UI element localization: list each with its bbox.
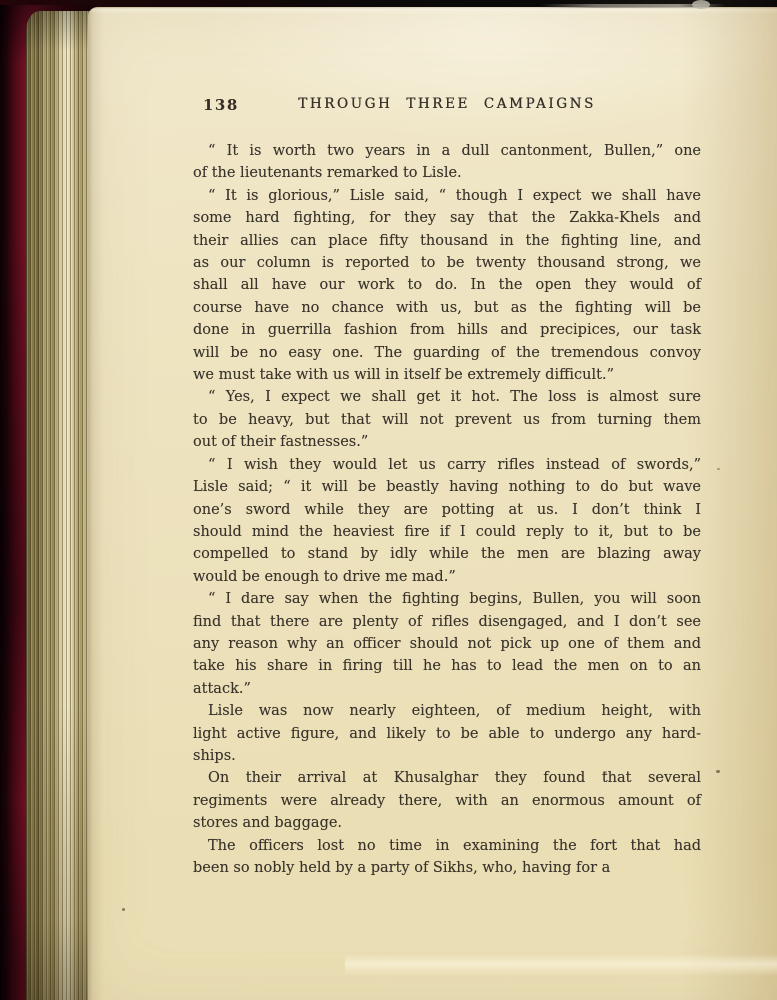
paper-speck — [122, 908, 125, 911]
text-line: should mind the heaviest fire if I could… — [193, 521, 701, 543]
text-line: their allies can place fifty thousand in… — [193, 230, 701, 252]
text-line: out of their fastnesses.” — [193, 431, 701, 453]
text-line: done in guerrilla fashion from hills and… — [193, 319, 701, 341]
page-content: 138 THROUGH THREE CAMPAIGNS “ It is wort… — [193, 96, 701, 879]
text-line: stores and baggage. — [193, 812, 701, 834]
text-line: Lisle was now nearly eighteen, of medium… — [193, 700, 701, 722]
text-line: course have no chance with us, but as th… — [193, 297, 701, 319]
page-number: 138 — [203, 96, 239, 114]
page-edge-stack — [26, 11, 96, 1000]
text-line: we must take with us will in itself be e… — [193, 364, 701, 386]
paragraph: Lisle was now nearly eighteen, of medium… — [193, 700, 701, 767]
text-line: compelled to stand by idly while the men… — [193, 543, 701, 565]
text-line: any reason why an officer should not pic… — [193, 633, 701, 655]
text-line: shall all have our work to do. In the op… — [193, 274, 701, 296]
text-line: ships. — [193, 745, 701, 767]
text-line: “ It is glorious,” Lisle said, “ though … — [193, 185, 701, 207]
paragraph: “ I wish they would let us carry rifles … — [193, 454, 701, 588]
running-title: THROUGH THREE CAMPAIGNS — [193, 96, 701, 112]
text-line: On their arrival at Khusalghar they foun… — [193, 767, 701, 789]
text-line: been so nobly held by a party of Sikhs, … — [193, 857, 701, 879]
text-line: The officers lost no time in examining t… — [193, 835, 701, 857]
text-line: as our column is reported to be twenty t… — [193, 252, 701, 274]
text-line: Lisle said; “ it will be beastly having … — [193, 476, 701, 498]
paragraph: “ It is worth two years in a dull canton… — [193, 140, 701, 185]
paragraph: The officers lost no time in examining t… — [193, 835, 701, 880]
paper-highlight-band — [345, 954, 777, 976]
page-header: 138 THROUGH THREE CAMPAIGNS — [193, 96, 701, 114]
text-line: “ I wish they would let us carry rifles … — [193, 454, 701, 476]
text-line: “ Yes, I expect we shall get it hot. The… — [193, 386, 701, 408]
text-line: attack.” — [193, 678, 701, 700]
text-line: to be heavy, but that will not prevent u… — [193, 409, 701, 431]
paper-speck — [717, 468, 720, 470]
text-line: take his share in firing till he has to … — [193, 655, 701, 677]
page-body-text: “ It is worth two years in a dull canton… — [193, 140, 701, 879]
paragraph: “ I dare say when the fighting begins, B… — [193, 588, 701, 700]
text-line: would be enough to drive me mad.” — [193, 566, 701, 588]
text-line: find that there are plenty of rifles dis… — [193, 611, 701, 633]
paragraph: On their arrival at Khusalghar they foun… — [193, 767, 701, 834]
book-scan: 138 THROUGH THREE CAMPAIGNS “ It is wort… — [0, 0, 777, 1000]
text-line: will be no easy one. The guarding of the… — [193, 342, 701, 364]
paragraph: “ It is glorious,” Lisle said, “ though … — [193, 185, 701, 387]
text-line: one’s sword while they are potting at us… — [193, 499, 701, 521]
text-line: some hard fighting, for they say that th… — [193, 207, 701, 229]
text-line: light active figure, and likely to be ab… — [193, 723, 701, 745]
text-line: regiments were already there, with an en… — [193, 790, 701, 812]
text-line: “ I dare say when the fighting begins, B… — [193, 588, 701, 610]
paper-speck — [716, 770, 720, 773]
text-line: “ It is worth two years in a dull canton… — [193, 140, 701, 162]
text-line: of the lieutenants remarked to Lisle. — [193, 162, 701, 184]
scanner-glare-spot — [692, 0, 710, 9]
paragraph: “ Yes, I expect we shall get it hot. The… — [193, 386, 701, 453]
